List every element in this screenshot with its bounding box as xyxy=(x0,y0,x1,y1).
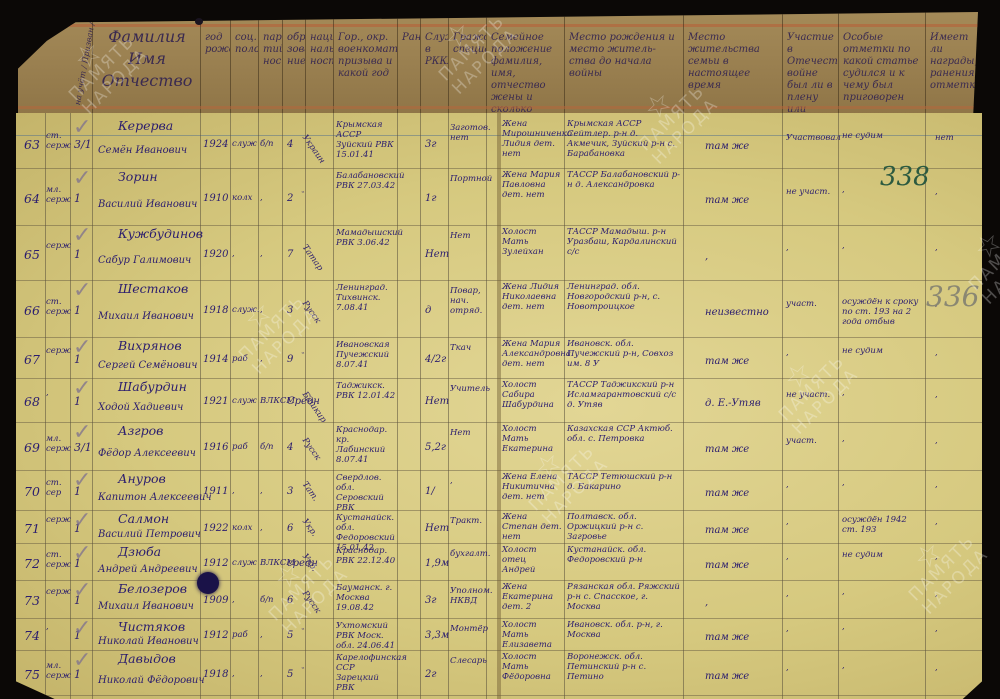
archive-page-number: 338 xyxy=(880,162,930,192)
birth-year-cell: 1909 xyxy=(203,595,228,606)
social-status-cell: служ xyxy=(232,396,257,406)
social-status-cell: служ xyxy=(232,139,257,149)
war-participation-cell: участ. xyxy=(786,436,817,446)
extra-cell: нет xyxy=(935,133,954,143)
rank-cell: серж xyxy=(46,346,72,356)
birthplace-cell: Воронежск. обл. Петинский р-н с. Петино xyxy=(567,652,681,682)
rank-cell: серж xyxy=(46,587,72,597)
notes-cell: , xyxy=(842,661,922,671)
unit-cell: 1 xyxy=(74,305,81,317)
extra-cell: , xyxy=(935,480,938,490)
checkmark-icon: ✓ xyxy=(73,648,91,673)
rank-cell: ст. серж xyxy=(46,131,72,151)
birth-year-cell: 1912 xyxy=(203,630,228,641)
given-name-cell: Сергей Семёнович xyxy=(98,360,197,371)
checkmark-icon: ✓ xyxy=(73,508,91,533)
draft-office-cell: Крымская АССР Зуйский РВК 15.01.41 xyxy=(336,120,396,160)
surname-cell: Кужбудинов xyxy=(118,228,203,240)
rank-cell: мл. серж xyxy=(46,434,72,454)
unit-cell: 3/1 xyxy=(74,139,92,151)
social-status-cell: , xyxy=(232,249,235,259)
specialty-cell: Заготов. нет xyxy=(450,123,486,143)
birthplace-cell: Полтавск. обл. Оржицкий р-н с. Загровье xyxy=(567,512,681,542)
draft-office-cell: Ухтомский РВК Моск. обл. 24.06.41 xyxy=(336,621,396,651)
draft-office-cell: Свердлов. обл. Серовский РВК xyxy=(336,473,396,513)
war-participation-cell: , xyxy=(786,624,789,634)
surname-cell: Чистяков xyxy=(118,621,185,633)
family-cell: Жена Мария Павловна дет. нет xyxy=(502,170,562,200)
war-participation-cell: Участвовал xyxy=(786,133,841,143)
record-number: 69 xyxy=(24,442,40,454)
given-name-cell: Семён Иванович xyxy=(98,145,187,156)
unit-cell: 1 xyxy=(74,249,81,261)
residence-cell: там же xyxy=(705,488,749,499)
family-cell: Жена Мария Александровна дет. нет xyxy=(502,339,562,369)
specialty-cell: , xyxy=(450,476,486,486)
checkmark-icon: ✓ xyxy=(73,166,91,191)
specialty-cell: Портной xyxy=(450,174,486,184)
war-participation-cell: , xyxy=(786,589,789,599)
family-cell: Жена Мирошниченко Лидия дет. нет xyxy=(502,119,562,159)
wounds-cell: Нет xyxy=(425,396,449,407)
social-status-cell: , xyxy=(232,486,235,496)
surname-cell: Вихрянов xyxy=(118,340,182,352)
birthplace-cell: Казахская ССР Актюб. обл. с. Петровка xyxy=(567,424,681,444)
notes-cell: , xyxy=(842,587,922,597)
rank-cell: серж xyxy=(46,241,72,251)
table-row xyxy=(16,168,982,225)
specialty-cell: Учитель xyxy=(450,384,486,394)
record-number: 68 xyxy=(24,396,40,408)
notes-cell: , xyxy=(842,622,922,632)
given-name-cell: Капитон Алексеевич xyxy=(98,492,212,503)
social-status-cell: служ. xyxy=(232,305,259,315)
birthplace-cell: Ивановск. обл. р-н, г. Москва xyxy=(567,620,681,640)
draft-office-cell: Краснодар. кр. Лабинский 8.07.41 xyxy=(336,425,396,465)
war-participation-cell: , xyxy=(786,663,789,673)
party-cell: , xyxy=(260,249,263,259)
record-number: 67 xyxy=(24,354,40,366)
party-cell: б/п xyxy=(260,595,274,605)
residence-cell: там же xyxy=(705,525,749,536)
surname-cell: Шестаков xyxy=(118,283,188,295)
draft-office-cell: Карелофинская ССР Зарецкий РВК xyxy=(336,653,396,693)
party-cell: , xyxy=(260,523,263,533)
draft-office-cell: Краснодар. РВК 22.12.40 xyxy=(336,546,396,566)
specialty-cell: Повар, нач. отряд. xyxy=(450,286,486,316)
specialty-cell: Нет xyxy=(450,428,486,438)
birth-year-cell: 1910 xyxy=(203,193,228,204)
rank-cell: ст. сер xyxy=(46,478,72,498)
family-cell: Жена Екатерина дет. 2 xyxy=(502,582,562,612)
residence-cell: там же xyxy=(705,560,749,571)
notes-cell: не судим xyxy=(842,550,922,560)
extra-cell: , xyxy=(935,436,938,446)
given-name-cell: Фёдор Алексеевич xyxy=(98,448,196,459)
checkmark-icon: ✓ xyxy=(73,468,91,493)
checkmark-icon: ✓ xyxy=(73,578,91,603)
residence-cell: там же xyxy=(705,671,749,682)
war-participation-cell: , xyxy=(786,480,789,490)
residence-cell: там же xyxy=(705,444,749,455)
notes-cell: , xyxy=(842,241,922,251)
birthplace-cell: ТАССР Таджикский р-н Исламгарантовский с… xyxy=(567,380,681,410)
ink-blot xyxy=(197,572,219,594)
given-name-cell: Сабур Галимович xyxy=(98,255,191,266)
education-cell: 3 xyxy=(287,486,293,497)
birth-year-cell: 1914 xyxy=(203,354,228,365)
residence-cell: , xyxy=(705,597,708,608)
party-cell: , xyxy=(260,305,263,315)
specialty-cell: Тракт. xyxy=(450,516,486,526)
residence-cell: неизвестно xyxy=(705,307,769,318)
wounds-cell: 1/ xyxy=(425,486,435,497)
social-status-cell: служ xyxy=(232,558,257,568)
notes-cell: осуждён 1942 ст. 193 xyxy=(842,515,922,535)
checkmark-icon: ✓ xyxy=(73,541,91,566)
social-status-cell: раб xyxy=(232,442,248,452)
war-participation-cell: участ. xyxy=(786,299,817,309)
record-number: 65 xyxy=(24,249,40,261)
social-status-cell: колх xyxy=(232,193,252,203)
extra-cell: , xyxy=(935,624,938,634)
party-cell: , xyxy=(260,354,263,364)
extra-cell: , xyxy=(935,243,938,253)
notes-cell: не судим xyxy=(842,131,922,141)
record-number: 64 xyxy=(24,193,40,205)
birthplace-cell: ТАССР Мамадыш. р-н Уразбаш, Кардалинский… xyxy=(567,227,681,257)
given-name-cell: Николай Фёдорович xyxy=(98,675,205,686)
given-name-cell: Михаил Иванович xyxy=(98,601,194,612)
education-cell: 4 xyxy=(287,442,293,453)
rank-cell: , xyxy=(46,622,72,632)
family-cell: Холост Мать Елизавета xyxy=(502,620,562,650)
record-number: 66 xyxy=(24,305,40,317)
surname-cell: Давыдов xyxy=(118,653,176,665)
given-name-cell: Василий Иванович xyxy=(98,199,197,210)
record-number: 63 xyxy=(24,139,40,151)
party-cell: б/п xyxy=(260,139,274,149)
wounds-cell: 3г xyxy=(425,139,436,150)
surname-cell: Азгров xyxy=(118,425,163,437)
birthplace-cell: Ленинград. обл. Новгородский р-н, с. Нов… xyxy=(567,282,681,312)
notes-cell: , xyxy=(842,434,922,444)
register-table: 63ст. серж3/1✓КерерваСемён Иванович1924с… xyxy=(0,0,1000,699)
party-cell: , xyxy=(260,630,263,640)
education-cell: 7 xyxy=(287,249,293,260)
war-participation-cell: , xyxy=(786,552,789,562)
specialty-cell: Слесарь xyxy=(450,656,486,666)
surname-cell: Дзюба xyxy=(118,546,161,558)
social-status-cell: раб xyxy=(232,630,248,640)
wounds-cell: 3,3м xyxy=(425,630,449,641)
specialty-cell: Монтёр xyxy=(450,624,486,634)
wounds-cell: 1г xyxy=(425,193,436,204)
family-cell: Жена Елена Никитична дет. нет xyxy=(502,472,562,502)
social-status-cell: , xyxy=(232,669,235,679)
checkmark-icon: ✓ xyxy=(73,335,91,360)
residence-cell: там же xyxy=(705,195,749,206)
social-status-cell: колх xyxy=(232,523,252,533)
war-participation-cell: , xyxy=(786,348,789,358)
birthplace-cell: Рязанская обл. Ряжский р-н с. Спасское, … xyxy=(567,582,681,612)
given-name-cell: Николай Иванович xyxy=(98,636,199,647)
rank-cell: ст. серж xyxy=(46,297,72,317)
checkmark-icon: ✓ xyxy=(73,420,91,445)
wounds-cell: 4/2г xyxy=(425,354,446,365)
birth-year-cell: 1918 xyxy=(203,305,228,316)
draft-office-cell: Таджикск. РВК 12.01.42 xyxy=(336,381,396,401)
wounds-cell: Нет xyxy=(425,249,449,260)
social-status-cell: , xyxy=(232,595,235,605)
given-name-cell: Михаил Иванович xyxy=(98,311,194,322)
wounds-cell: 5,2г xyxy=(425,442,446,453)
residence-cell: там же xyxy=(705,632,749,643)
rank-cell: серж xyxy=(46,515,72,525)
draft-office-cell: Мамадышский РВК 3.06.42 xyxy=(336,228,396,248)
birthplace-cell: ТАССР Балабановский р-н д. Александровка xyxy=(567,170,681,190)
extra-cell: , xyxy=(935,187,938,197)
wounds-cell: д xyxy=(425,305,431,316)
extra-cell: , xyxy=(935,589,938,599)
residence-cell: д. Е.-Утяв xyxy=(705,398,761,409)
unit-cell: 1 xyxy=(74,193,81,205)
wounds-cell: 1,9м xyxy=(425,558,449,569)
surname-cell: Зорин xyxy=(118,171,158,183)
checkmark-icon: ✓ xyxy=(73,278,91,303)
record-number: 75 xyxy=(24,669,40,681)
rank-cell: мл. серж xyxy=(46,661,72,681)
residence-cell: , xyxy=(705,251,708,262)
birth-year-cell: 1912 xyxy=(203,558,228,569)
surname-cell: Салмон xyxy=(118,513,169,525)
war-participation-cell: , xyxy=(786,243,789,253)
birth-year-cell: 1921 xyxy=(203,396,228,407)
wounds-cell: 2г xyxy=(425,669,436,680)
education-cell: 9 xyxy=(287,354,293,365)
family-cell: Жена Степан дет. нет xyxy=(502,512,562,542)
surname-cell: Керерва xyxy=(118,120,173,132)
party-cell: б/п xyxy=(260,442,274,452)
family-cell: Холост отец Андрей xyxy=(502,545,562,575)
education-cell: 3 xyxy=(287,305,293,316)
war-participation-cell: , xyxy=(786,517,789,527)
family-cell: Жена Лидия Николаевна дет. нет xyxy=(502,282,562,312)
notes-cell: осуждён к сроку по ст. 193 на 2 года отб… xyxy=(842,297,922,327)
family-cell: Холост Мать Фёдоровна xyxy=(502,652,562,682)
party-cell: , xyxy=(260,669,263,679)
record-number: 72 xyxy=(24,558,40,570)
notes-cell: , xyxy=(842,388,922,398)
specialty-cell: Уполном. НКВД xyxy=(450,586,486,606)
education-cell: 6 xyxy=(287,595,293,606)
residence-cell: там же xyxy=(705,356,749,367)
birth-year-cell: 1916 xyxy=(203,442,228,453)
education-cell: 2 xyxy=(287,193,293,204)
birth-year-cell: 1911 xyxy=(203,486,228,497)
birthplace-cell: Кустанайск. обл. Федоровский р-н xyxy=(567,545,681,565)
education-cell: 6 xyxy=(287,523,293,534)
extra-cell: , xyxy=(935,663,938,673)
archive-page-number: 336 xyxy=(926,280,979,313)
surname-cell: Шабурдин xyxy=(118,381,187,393)
record-number: 73 xyxy=(24,595,40,607)
draft-office-cell: Ивановская Пучежский 8.07.41 xyxy=(336,340,396,370)
checkmark-icon: ✓ xyxy=(73,223,91,248)
family-cell: Холост Сабира Шабурдина xyxy=(502,380,562,410)
rank-cell: ст. серж xyxy=(46,550,72,570)
surname-cell: Ануров xyxy=(118,473,166,485)
rank-cell: мл. серж xyxy=(46,185,72,205)
record-number: 71 xyxy=(24,523,40,535)
wounds-cell: 3г xyxy=(425,595,436,606)
record-number: 74 xyxy=(24,630,40,642)
family-cell: Холост Мать Екатерина xyxy=(502,424,562,454)
birth-year-cell: 1918 xyxy=(203,669,228,680)
birth-year-cell: 1922 xyxy=(203,523,228,534)
checkmark-icon: ✓ xyxy=(73,115,91,140)
checkmark-icon: ✓ xyxy=(73,616,91,641)
specialty-cell: Ткач xyxy=(450,343,486,353)
extra-cell: , xyxy=(935,348,938,358)
given-name-cell: Василий Петрович xyxy=(98,529,201,540)
draft-office-cell: Бауманск. г. Москва 19.08.42 xyxy=(336,583,396,613)
notes-cell: , xyxy=(842,478,922,488)
education-cell: 5 xyxy=(287,669,293,680)
birthplace-cell: Ивановск. обл. Пучежский р-н, Совхоз им.… xyxy=(567,339,681,369)
birth-year-cell: 1920 xyxy=(203,249,228,260)
draft-office-cell: Балабановский РВК 27.03.42 xyxy=(336,171,396,191)
party-cell: , xyxy=(260,193,263,203)
extra-cell: , xyxy=(935,390,938,400)
notes-cell: не судим xyxy=(842,346,922,356)
war-participation-cell: не участ. xyxy=(786,187,830,197)
birthplace-cell: ТАССР Тетюшский р-н д. Бакарино xyxy=(567,472,681,492)
draft-office-cell: Ленинград. Тихвинск. 7.08.41 xyxy=(336,283,396,313)
specialty-cell: Нет xyxy=(450,231,486,241)
war-participation-cell: не участ. xyxy=(786,390,830,400)
record-number: 70 xyxy=(24,486,40,498)
residence-cell: там же xyxy=(705,141,749,152)
family-cell: Холост Мать Зулейхан xyxy=(502,227,562,257)
party-cell: , xyxy=(260,486,263,496)
given-name-cell: Ходой Хадиевич xyxy=(98,402,183,413)
education-cell: 5 xyxy=(287,630,293,641)
birthplace-cell: Крымская АССР Сейтлер. р-н д. Акмечик, З… xyxy=(567,119,681,159)
education-cell: 4 xyxy=(287,139,293,150)
given-name-cell: Андрей Андреевич xyxy=(98,564,198,575)
specialty-cell: бухгалт. xyxy=(450,549,486,559)
checkmark-icon: ✓ xyxy=(73,376,91,401)
rank-cell: , xyxy=(46,388,72,398)
wounds-cell: Нет xyxy=(425,523,449,534)
extra-cell: , xyxy=(935,517,938,527)
extra-cell: , xyxy=(935,552,938,562)
surname-cell: Белозеров xyxy=(118,583,187,595)
birth-year-cell: 1924 xyxy=(203,139,228,150)
social-status-cell: раб xyxy=(232,354,248,364)
